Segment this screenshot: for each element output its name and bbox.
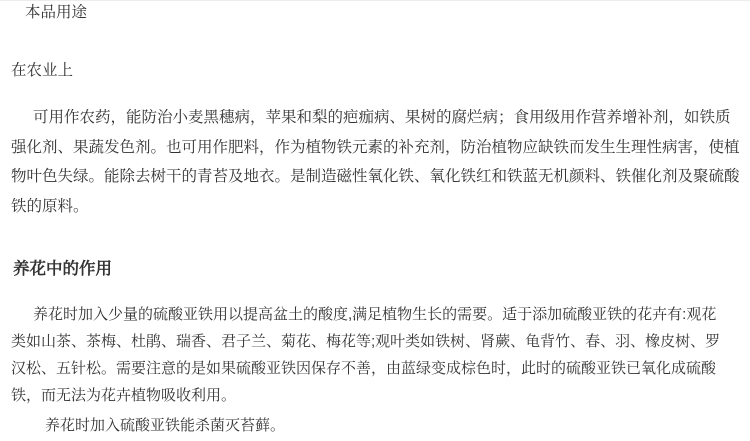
paragraph-agriculture: 可用作农药，能防治小麦黑穗病，苹果和梨的疤痂病、果树的腐烂病；食用级用作营养增补…: [11, 103, 740, 221]
top-divider: [0, 0, 750, 1]
paragraph-line: 养花时加入少量的硫酸亚铁用以提高盆土的酸度,满足植物生长的需要。适于添加硫酸亚铁…: [11, 301, 720, 328]
tab-product-usage[interactable]: 本品用途: [25, 3, 87, 23]
section-heading-agriculture: 在农业上: [11, 61, 73, 81]
paragraph-line: 铁，而无法为花卉植物吸收利用。: [11, 382, 720, 409]
paragraph-line: 汉松、五针松。需要注意的是如果硫酸亚铁因保存不善，由蓝绿变成棕色时，此时的硫酸亚…: [11, 355, 720, 382]
paragraph-line: 铁的原料。: [11, 192, 740, 222]
note-line-sterilize-moss: 养花时加入硫酸亚铁能杀菌灭苔藓。: [45, 412, 285, 439]
section-heading-flower-care: 养花中的作用: [13, 259, 112, 279]
paragraph-line: 强化剂、果蔬发色剂。也可用作肥料，作为植物铁元素的补充剂，防治植物应缺铁而发生生…: [11, 133, 740, 163]
paragraph-line: 物叶色失绿。能除去树干的青苔及地衣。是制造磁性氧化铁、氧化铁红和铁蓝无机颜料、铁…: [11, 162, 740, 192]
paragraph-flower-care: 养花时加入少量的硫酸亚铁用以提高盆土的酸度,满足植物生长的需要。适于添加硫酸亚铁…: [11, 301, 720, 409]
paragraph-line: 类如山茶、茶梅、杜鹃、瑞香、君子兰、菊花、梅花等;观叶类如铁树、肾蕨、龟背竹、春…: [11, 328, 720, 355]
paragraph-line: 可用作农药，能防治小麦黑穗病，苹果和梨的疤痂病、果树的腐烂病；食用级用作营养增补…: [11, 103, 740, 133]
product-usage-page: 本品用途 在农业上 可用作农药，能防治小麦黑穗病，苹果和梨的疤痂病、果树的腐烂病…: [0, 0, 750, 441]
